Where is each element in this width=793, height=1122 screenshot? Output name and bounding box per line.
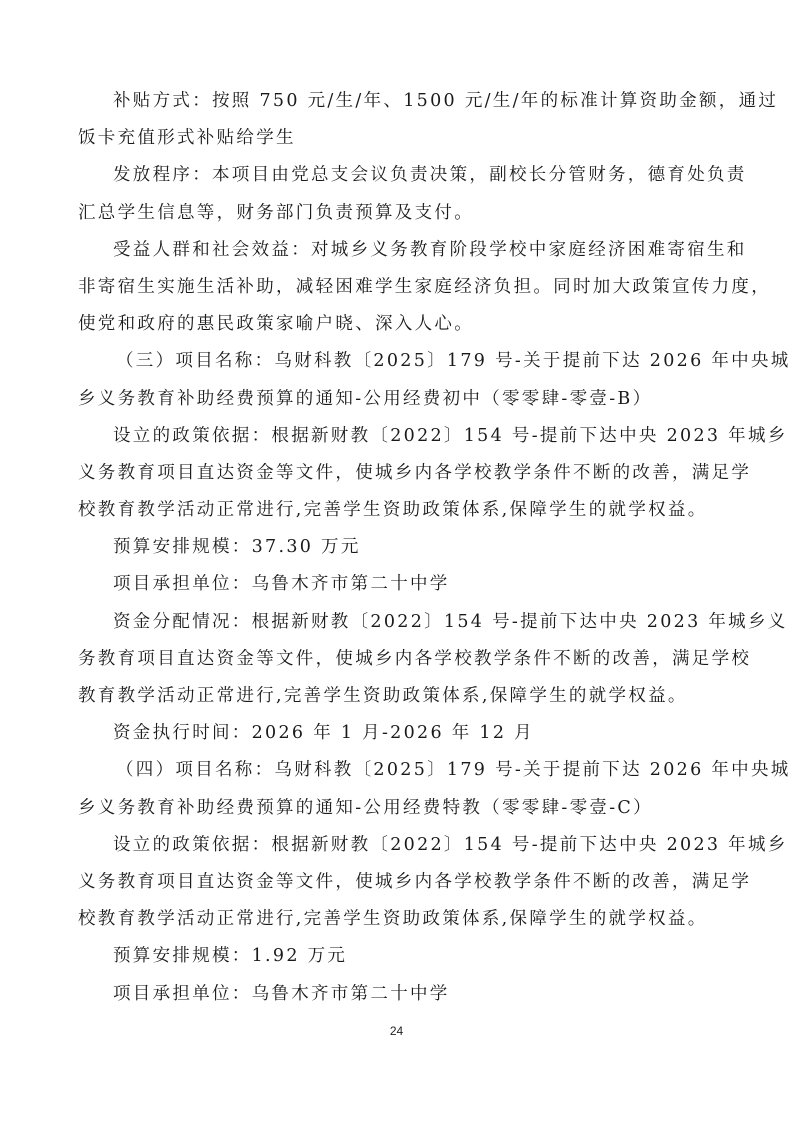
- paragraph-beneficiaries-line-2: 非寄宿生实施生活补助，减轻困难学生家庭经济负担。同时加大政策宣传力度，: [78, 269, 714, 306]
- paragraph-budget-scale-4: 预算安排规模：1.92 万元: [78, 938, 714, 975]
- document-page: 补贴方式：按照 750 元/生/年、1500 元/生/年的标准计算资助金额，通过…: [0, 0, 793, 1122]
- paragraph-distribution-procedure-line-2: 汇总学生信息等，财务部门负责预算及支付。: [78, 195, 714, 232]
- paragraph-subsidy-method-line-2: 饭卡充值形式补贴给学生: [78, 120, 714, 157]
- paragraph-fund-allocation-3-line-2: 务教育项目直达资金等文件，使城乡内各学校教学条件不断的改善，满足学校: [78, 641, 714, 678]
- paragraph-fund-allocation-3-line-3: 教育教学活动正常进行,完善学生资助政策体系,保障学生的就学权益。: [78, 678, 714, 715]
- paragraph-responsible-unit-3: 项目承担单位：乌鲁木齐市第二十中学: [78, 566, 714, 603]
- paragraph-execution-period-3: 资金执行时间：2026 年 1 月-2026 年 12 月: [78, 715, 714, 752]
- paragraph-budget-scale-3: 预算安排规模：37.30 万元: [78, 529, 714, 566]
- paragraph-subsidy-method-line-1: 补贴方式：按照 750 元/生/年、1500 元/生/年的标准计算资助金额，通过: [78, 83, 714, 120]
- paragraph-policy-basis-4-line-2: 义务教育项目直达资金等文件，使城乡内各学校教学条件不断的改善，满足学: [78, 864, 714, 901]
- section-heading-4-line-1: （四）项目名称：乌财科教〔2025〕179 号-关于提前下达 2026 年中央城: [78, 752, 714, 789]
- page-number: 24: [0, 1024, 793, 1038]
- paragraph-distribution-procedure-line-1: 发放程序：本项目由党总支会议负责决策，副校长分管财务，德育处负责: [78, 157, 714, 194]
- paragraph-policy-basis-3-line-2: 义务教育项目直达资金等文件，使城乡内各学校教学条件不断的改善，满足学: [78, 455, 714, 492]
- section-heading-3-line-1: （三）项目名称：乌财科教〔2025〕179 号-关于提前下达 2026 年中央城: [78, 343, 714, 380]
- paragraph-fund-allocation-3-line-1: 资金分配情况：根据新财教〔2022〕154 号-提前下达中央 2023 年城乡义: [78, 604, 714, 641]
- section-heading-3-line-2: 乡义务教育补助经费预算的通知-公用经费初中（零零肆-零壹-B）: [78, 381, 714, 418]
- paragraph-policy-basis-4-line-1: 设立的政策依据：根据新财教〔2022〕154 号-提前下达中央 2023 年城乡: [78, 827, 714, 864]
- paragraph-policy-basis-3-line-3: 校教育教学活动正常进行,完善学生资助政策体系,保障学生的就学权益。: [78, 492, 714, 529]
- paragraph-policy-basis-3-line-1: 设立的政策依据：根据新财教〔2022〕154 号-提前下达中央 2023 年城乡: [78, 418, 714, 455]
- paragraph-responsible-unit-4: 项目承担单位：乌鲁木齐市第二十中学: [78, 976, 714, 1013]
- paragraph-beneficiaries-line-3: 使党和政府的惠民政策家喻户晓、深入人心。: [78, 306, 714, 343]
- paragraph-beneficiaries-line-1: 受益人群和社会效益：对城乡义务教育阶段学校中家庭经济困难寄宿生和: [78, 232, 714, 269]
- section-heading-4-line-2: 乡义务教育补助经费预算的通知-公用经费特教（零零肆-零壹-C）: [78, 790, 714, 827]
- document-body: 补贴方式：按照 750 元/生/年、1500 元/生/年的标准计算资助金额，通过…: [78, 83, 714, 1013]
- paragraph-policy-basis-4-line-3: 校教育教学活动正常进行,完善学生资助政策体系,保障学生的就学权益。: [78, 901, 714, 938]
